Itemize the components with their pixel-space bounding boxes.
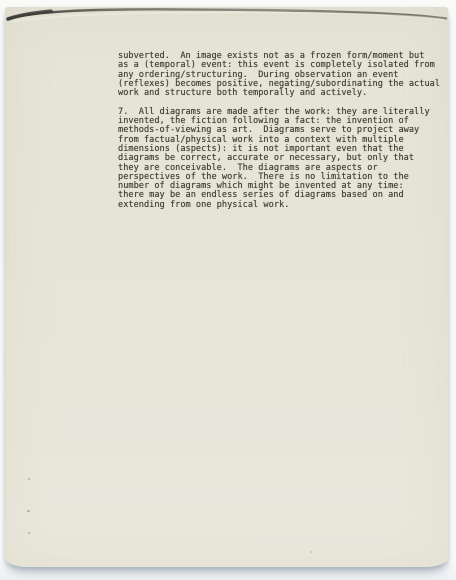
scan-background: subverted. An image exists not as a froz… — [0, 0, 456, 580]
paper-speck — [310, 551, 312, 553]
paragraph-item-7: 7. All diagrams are made after the work:… — [118, 108, 448, 210]
document-page: subverted. An image exists not as a froz… — [5, 7, 448, 567]
paragraph-continued-from-previous-page: subverted. An image exists not as a froz… — [118, 52, 448, 98]
paper-speck — [28, 478, 30, 480]
page-top-edge-shadow — [5, 4, 448, 24]
paper-speck — [27, 510, 30, 512]
paper-speck — [28, 532, 30, 534]
typewritten-text-block: subverted. An image exists not as a froz… — [118, 52, 448, 219]
